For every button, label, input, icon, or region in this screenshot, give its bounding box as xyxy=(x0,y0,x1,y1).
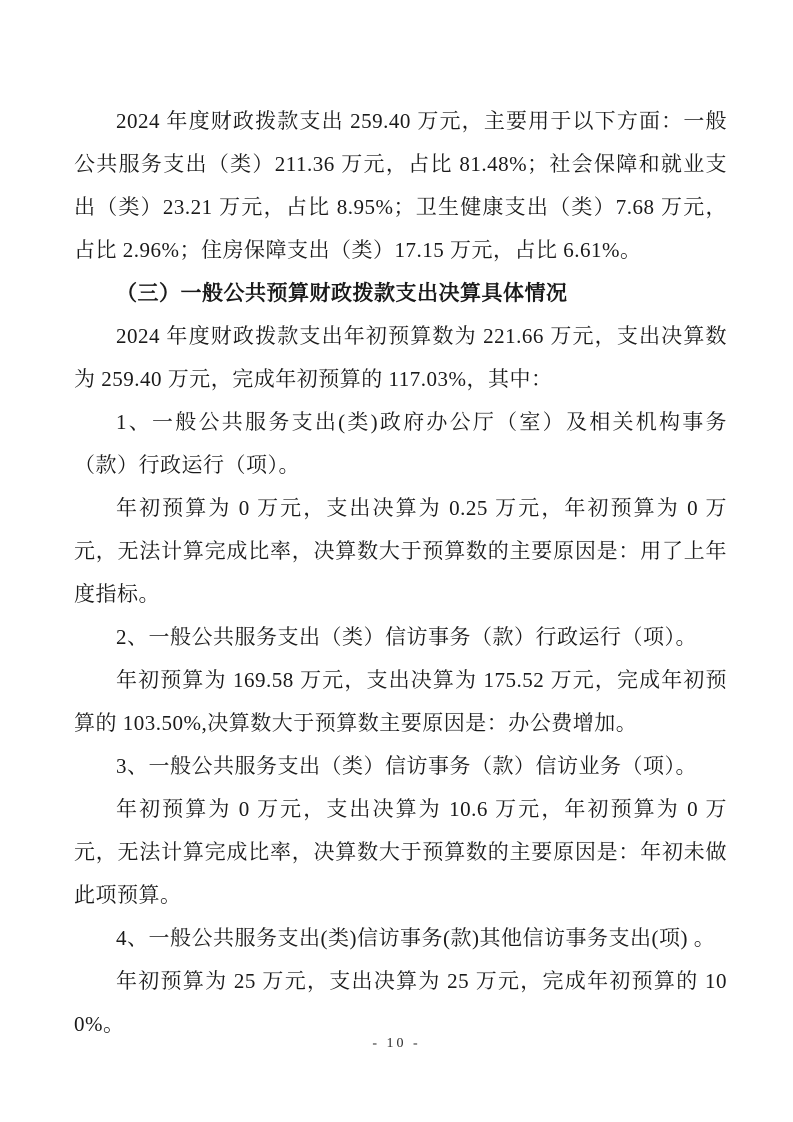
page-number: - 10 - xyxy=(0,1036,793,1052)
item-4-title: 4、一般公共服务支出(类)信访事务(款)其他信访事务支出(项) 。 xyxy=(74,917,727,960)
item-1-detail: 年初预算为 0 万元，支出决算为 0.25 万元，年初预算为 0 万元，无法计算… xyxy=(74,487,727,616)
document-body: 2024 年度财政拨款支出 259.40 万元，主要用于以下方面：一般公共服务支… xyxy=(74,100,727,1046)
item-3-title: 3、一般公共服务支出（类）信访事务（款）信访业务（项）。 xyxy=(74,745,727,788)
item-4-detail: 年初预算为 25 万元，支出决算为 25 万元，完成年初预算的 100%。 xyxy=(74,960,727,1046)
section-heading: （三）一般公共预算财政拨款支出决算具体情况 xyxy=(74,272,727,315)
item-2-title: 2、一般公共服务支出（类）信访事务（款）行政运行（项）。 xyxy=(74,616,727,659)
item-2-detail: 年初预算为 169.58 万元，支出决算为 175.52 万元，完成年初预算的 … xyxy=(74,659,727,745)
item-3-detail: 年初预算为 0 万元，支出决算为 10.6 万元，年初预算为 0 万元，无法计算… xyxy=(74,788,727,917)
paragraph-expenditure-usage: 2024 年度财政拨款支出 259.40 万元，主要用于以下方面：一般公共服务支… xyxy=(74,100,727,272)
paragraph-budget-summary: 2024 年度财政拨款支出年初预算数为 221.66 万元，支出决算数为 259… xyxy=(74,315,727,401)
document-page: 2024 年度财政拨款支出 259.40 万元，主要用于以下方面：一般公共服务支… xyxy=(0,0,793,1122)
item-1-title: 1、一般公共服务支出(类)政府办公厅（室）及相关机构事务（款）行政运行（项）。 xyxy=(74,401,727,487)
